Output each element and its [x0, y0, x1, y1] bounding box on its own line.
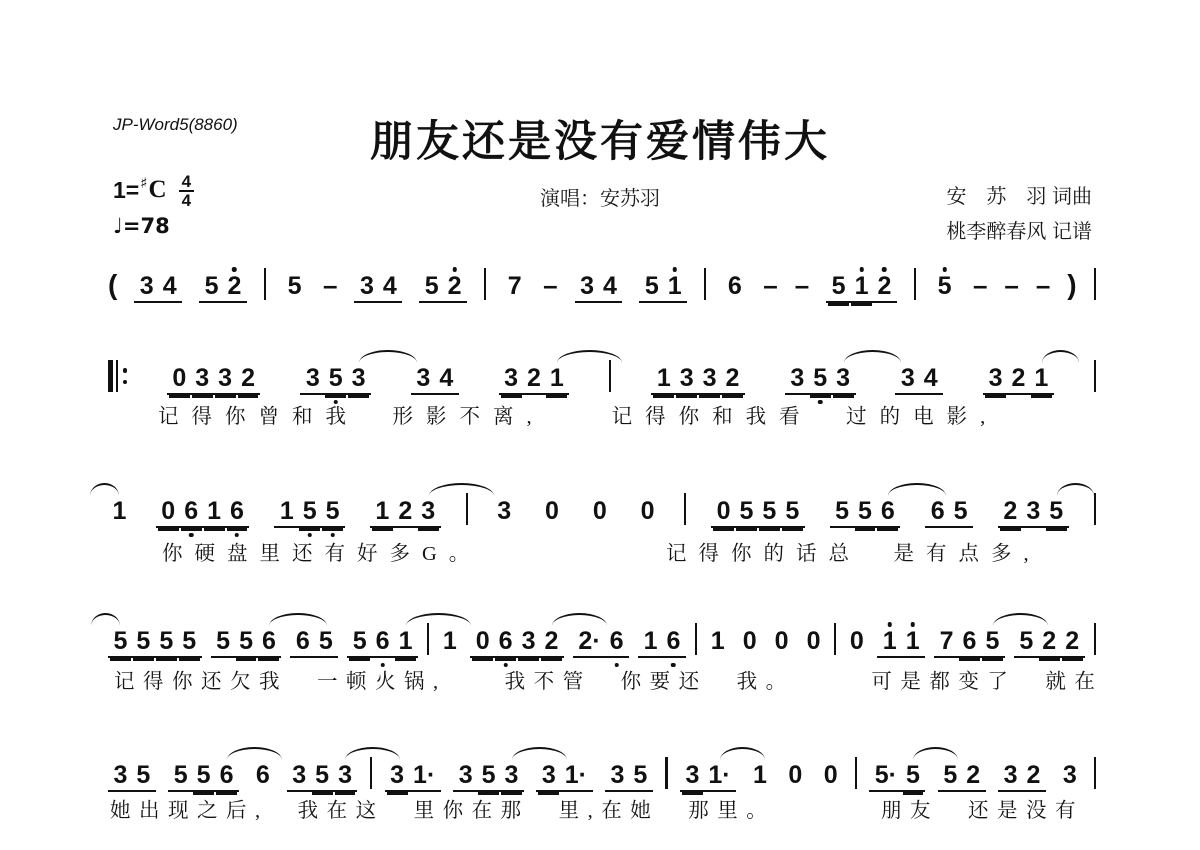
slur-tie-arc: [993, 613, 1048, 626]
octave-dot-above-icon: [887, 622, 892, 627]
credits: 安 苏 羽 词曲 桃李醉春风 记谱: [946, 180, 1092, 250]
barline: [427, 623, 429, 655]
note-digit: 2: [1061, 629, 1084, 654]
note-digit: 5: [827, 274, 850, 299]
rest-note: 0: [168, 366, 191, 391]
key-prefix: 1=: [113, 177, 139, 204]
note-digit: 1: [706, 629, 729, 654]
note-digit: 5: [477, 763, 500, 788]
beamed-note-group: 35: [108, 763, 156, 792]
sharp-accidental-icon: ♯: [140, 174, 147, 192]
note-digit: 5: [348, 629, 371, 654]
note-digit: 3: [681, 763, 704, 788]
barline: [484, 268, 486, 300]
note-digit: 1·: [409, 763, 440, 788]
note-digit: 6: [958, 629, 981, 654]
meter-denominator: 4: [179, 192, 194, 209]
slur-tie-arc: [345, 747, 400, 760]
music-line-4: 555555665561106322·6161000011765522: [108, 617, 1096, 658]
beamed-note-group: 16: [638, 629, 686, 658]
note-digit: 7: [503, 274, 526, 299]
note-digit: 5: [420, 274, 443, 299]
note-digit: 5: [809, 366, 832, 391]
key-note: C: [149, 176, 167, 204]
slur-tie-arc: [888, 483, 946, 496]
duration-dash: –: [1004, 272, 1018, 298]
barline: [466, 493, 468, 525]
note-digit: 3: [832, 366, 855, 391]
note-digit: 2: [443, 274, 466, 299]
duration-dash: –: [763, 272, 777, 298]
music-line-2: 033235334321133235334321: [108, 354, 1096, 395]
note-digit: 5: [939, 763, 962, 788]
note-digit: 5: [283, 274, 306, 299]
beamed-note-group: 52: [938, 763, 986, 792]
key-signature: 1=♯C 4 4: [113, 172, 194, 208]
beamed-note-group: 561: [347, 629, 418, 658]
note-digit: 3: [386, 763, 409, 788]
slur-tie-arc: [429, 483, 494, 496]
rest-note: 0: [819, 763, 842, 788]
barline: [1094, 623, 1096, 655]
note-digit: 3: [606, 763, 629, 788]
note-digit: 5: [981, 629, 1004, 654]
note-digit: 6: [371, 629, 394, 654]
beamed-note-group: 34: [134, 274, 182, 303]
note-digit: 5: [192, 763, 215, 788]
sheet-music-page: JP-Word5(8860) 朋友还是没有爱情伟大 演唱：安苏羽 安 苏 羽 词…: [0, 0, 1200, 850]
slur-tie-arc: [913, 747, 958, 760]
lyrics-line-5: 她出现之后, 我在这 里你在那 里,在她 那里。 朋友 还是没有: [110, 793, 1084, 823]
note-digit: 5: [1015, 629, 1038, 654]
note-digit: 1: [108, 499, 131, 524]
rest-note: 0: [471, 629, 494, 654]
beamed-note-group: 522: [1014, 629, 1085, 658]
beamed-note-group: 5555: [108, 629, 202, 658]
note-digit: 3: [288, 763, 311, 788]
beamed-note-group: 235: [998, 499, 1069, 528]
meter-numerator: 4: [179, 173, 194, 192]
note-digit: 6: [257, 629, 280, 654]
note-digit: 1: [878, 629, 901, 654]
music-line-3: 106161551233000055555665235: [108, 487, 1096, 528]
duration-dash: –: [795, 272, 809, 298]
note-digit: 4: [435, 366, 458, 391]
note-digit: 3: [412, 366, 435, 391]
note-digit: 1: [275, 499, 298, 524]
slur-tie-arc: [269, 613, 327, 626]
note-digit: 2: [1022, 763, 1045, 788]
note-digit: 2: [523, 366, 546, 391]
note-digit: 1: [850, 274, 873, 299]
beamed-note-group: 34: [575, 274, 623, 303]
beamed-note-group: 52: [419, 274, 467, 303]
rest-note: 0: [541, 499, 564, 524]
barline: [855, 757, 857, 789]
octave-dot-above-icon: [232, 267, 237, 272]
note-digit: 5: [311, 763, 334, 788]
note-digit: 3: [896, 366, 919, 391]
slur-tie-arc: [720, 747, 765, 760]
song-title: 朋友还是没有爱情伟大: [0, 108, 1200, 169]
note-digit: 2: [394, 499, 417, 524]
note-digit: 3: [454, 763, 477, 788]
beamed-note-group: 123: [370, 499, 441, 528]
beamed-note-group: 0616: [156, 499, 250, 528]
note-digit: 2: [540, 629, 563, 654]
note-digit: 2·: [574, 629, 605, 654]
beamed-note-group: 556: [211, 629, 282, 658]
barline: [684, 493, 686, 525]
barline: [1094, 360, 1096, 392]
beamed-note-group: 765: [934, 629, 1005, 658]
note-digit: 5: [178, 629, 201, 654]
music-line-intro: (34525–34527–34516––5125–––): [108, 262, 1096, 303]
incoming-tie-arc: [91, 613, 120, 626]
note-digit: 1: [438, 629, 461, 654]
note-digit: 6: [662, 629, 685, 654]
barline: [695, 623, 697, 655]
note-digit: 5: [781, 499, 804, 524]
beamed-note-group: 34: [895, 366, 943, 395]
note-digit: 3: [214, 366, 237, 391]
note-digit: 1·: [560, 763, 591, 788]
note-digit: 2: [721, 366, 744, 391]
slur-tie-arc: [1057, 483, 1095, 496]
barline: [609, 360, 611, 392]
beamed-note-group: 51: [639, 274, 687, 303]
barline: [1094, 268, 1096, 300]
open-paren: (: [108, 271, 117, 299]
key-signature-block: 1=♯C 4 4 ♩=78: [113, 172, 194, 238]
octave-dot-above-icon: [452, 267, 457, 272]
note-digit: 3: [135, 274, 158, 299]
barline: [1094, 757, 1096, 789]
rest-note: 0: [784, 763, 807, 788]
beamed-note-group: 32: [998, 763, 1046, 792]
beamed-note-group: 52: [199, 274, 247, 303]
beamed-note-group: 0632: [470, 629, 564, 658]
time-signature: 4 4: [179, 173, 194, 209]
note-digit: 5: [169, 763, 192, 788]
beamed-note-group: 1332: [651, 366, 745, 395]
note-digit: 3: [537, 763, 560, 788]
duration-dash: –: [1036, 272, 1050, 298]
note-digit: 5: [200, 274, 223, 299]
note-digit: 5: [1045, 499, 1068, 524]
note-digit: 2: [999, 499, 1022, 524]
note-digit: 1: [901, 629, 924, 654]
note-digit: 3: [517, 629, 540, 654]
note-digit: 5: [831, 499, 854, 524]
note-digit: 1: [394, 629, 417, 654]
beamed-note-group: 353: [300, 366, 371, 395]
beamed-note-group: 34: [354, 274, 402, 303]
note-digit: 3: [191, 366, 214, 391]
note-digit: 4: [919, 366, 942, 391]
note-digit: 5: [640, 274, 663, 299]
beamed-note-group: 321: [983, 366, 1054, 395]
beamed-note-group: 353: [453, 763, 524, 792]
note-digit: 3: [999, 763, 1022, 788]
rest-note: 0: [588, 499, 611, 524]
barline: [704, 268, 706, 300]
beamed-note-group: 556: [830, 499, 901, 528]
note-digit: 2: [873, 274, 896, 299]
note-digit: 5: [854, 499, 877, 524]
note-digit: 4: [598, 274, 621, 299]
rest-note: 0: [845, 629, 868, 654]
duration-dash: –: [543, 272, 557, 298]
note-digit: 6: [723, 274, 746, 299]
note-digit: 6: [291, 629, 314, 654]
note-digit: 5: [324, 366, 347, 391]
duration-dash: –: [323, 272, 337, 298]
note-digit: 3: [500, 366, 523, 391]
barline: [914, 268, 916, 300]
rest-note: 0: [770, 629, 793, 654]
credit-transcription: 桃李醉春风 记谱: [946, 215, 1092, 250]
slur-tie-arc: [557, 350, 622, 363]
credit-words-music: 安 苏 羽 词曲: [946, 180, 1092, 215]
note-digit: 4: [158, 274, 181, 299]
note-digit: 3: [698, 366, 721, 391]
beamed-note-group: 65: [290, 629, 338, 658]
note-digit: 6: [876, 499, 899, 524]
note-digit: 7: [935, 629, 958, 654]
note-digit: 2: [237, 366, 260, 391]
note-digit: 2: [1038, 629, 1061, 654]
octave-dot-above-icon: [942, 267, 947, 272]
lyrics-line-4: 记得你还欠我 一顿火锅, 我不管 你要还 我。 可是都变了 就在: [114, 664, 1103, 694]
beamed-note-group: 0332: [167, 366, 261, 395]
note-digit: 5: [314, 629, 337, 654]
note-digit: 3: [786, 366, 809, 391]
beamed-note-group: 556: [168, 763, 239, 792]
barline: [834, 623, 836, 655]
barline: [370, 757, 372, 789]
note-digit: 6: [226, 499, 249, 524]
note-digit: 3: [493, 499, 516, 524]
rest-note: 0: [157, 499, 180, 524]
beamed-note-group: 512: [826, 274, 897, 303]
note-digit: 3: [675, 366, 698, 391]
note-digit: 5: [212, 629, 235, 654]
tempo-mark: ♩=78: [113, 214, 194, 238]
duration-dash: –: [973, 272, 987, 298]
beamed-note-group: 31·: [536, 763, 592, 792]
beamed-note-group: 5·5: [869, 763, 925, 792]
note-digit: 2: [1007, 366, 1030, 391]
slur-tie-arc: [227, 747, 282, 760]
note-digit: 2: [223, 274, 246, 299]
note-digit: 3: [417, 499, 440, 524]
note-digit: 5: [235, 629, 258, 654]
note-digit: 5: [132, 629, 155, 654]
note-digit: 5: [321, 499, 344, 524]
octave-dot-above-icon: [910, 622, 915, 627]
beamed-note-group: 35: [605, 763, 653, 792]
note-digit: 1: [1030, 366, 1053, 391]
slur-tie-arc: [552, 613, 607, 626]
note-digit: 1: [545, 366, 568, 391]
beamed-note-group: 2·6: [573, 629, 629, 658]
rest-note: 0: [636, 499, 659, 524]
slur-tie-arc: [406, 613, 471, 626]
slur-tie-arc: [512, 747, 567, 760]
note-digit: 3: [334, 763, 357, 788]
note-digit: 5: [132, 763, 155, 788]
note-digit: 4: [378, 274, 401, 299]
note-digit: 3: [347, 366, 370, 391]
rest-note: 0: [712, 499, 735, 524]
note-digit: 1: [639, 629, 662, 654]
repeat-start-barline: [108, 360, 127, 392]
slur-tie-arc: [1042, 350, 1080, 363]
slur-tie-arc: [844, 350, 902, 363]
note-digit: 5: [298, 499, 321, 524]
note-digit: 1: [203, 499, 226, 524]
note-digit: 6: [926, 499, 949, 524]
barline: [1094, 493, 1096, 525]
barline: [665, 757, 667, 789]
beamed-note-group: 11: [877, 629, 925, 658]
note-digit: 5: [902, 763, 925, 788]
beamed-note-group: 34: [411, 366, 459, 395]
lyrics-line-3: 你硬盘里还有好多G。 记得你的话总 是有点多,: [162, 536, 1041, 566]
beamed-note-group: 321: [499, 366, 570, 395]
note-digit: 3: [1058, 763, 1081, 788]
note-digit: 5: [629, 763, 652, 788]
beamed-note-group: 31·: [385, 763, 441, 792]
close-paren: ): [1067, 271, 1076, 299]
rest-note: 0: [802, 629, 825, 654]
note-digit: 5: [933, 274, 956, 299]
note-digit: 5: [155, 629, 178, 654]
octave-dot-above-icon: [859, 267, 864, 272]
note-digit: 6: [180, 499, 203, 524]
note-digit: 2: [962, 763, 985, 788]
note-digit: 6: [215, 763, 238, 788]
note-digit: 6: [494, 629, 517, 654]
beamed-note-group: 0555: [711, 499, 805, 528]
beamed-note-group: 155: [274, 499, 345, 528]
beamed-note-group: 65: [925, 499, 973, 528]
note-digit: 1: [371, 499, 394, 524]
note-digit: 3: [576, 274, 599, 299]
music-line-5: 35556635331·35331·3531·1005·552323: [108, 751, 1096, 792]
note-digit: 5: [949, 499, 972, 524]
note-digit: 1: [663, 274, 686, 299]
note-digit: 6: [605, 629, 628, 654]
beamed-note-group: 31·: [680, 763, 736, 792]
rest-note: 0: [738, 629, 761, 654]
beamed-note-group: 353: [287, 763, 358, 792]
octave-dot-above-icon: [882, 267, 887, 272]
note-digit: 1: [652, 366, 675, 391]
slur-tie-arc: [359, 350, 417, 363]
note-digit: 5: [109, 629, 132, 654]
beamed-note-group: 353: [785, 366, 856, 395]
note-digit: 5·: [870, 763, 901, 788]
barline: [264, 268, 266, 300]
note-digit: 3: [500, 763, 523, 788]
octave-dot-above-icon: [672, 267, 677, 272]
incoming-tie-arc: [90, 483, 119, 496]
note-digit: 1·: [704, 763, 735, 788]
note-digit: 3: [1022, 499, 1045, 524]
note-digit: 5: [758, 499, 781, 524]
note-digit: 3: [109, 763, 132, 788]
note-digit: 1: [749, 763, 772, 788]
note-digit: 3: [301, 366, 324, 391]
lyrics-line-2: 记得你曾和我 形影不离, 记得你和我看 过的电影,: [158, 399, 998, 429]
note-digit: 3: [355, 274, 378, 299]
note-digit: 6: [251, 763, 274, 788]
note-digit: 3: [984, 366, 1007, 391]
note-digit: 5: [735, 499, 758, 524]
